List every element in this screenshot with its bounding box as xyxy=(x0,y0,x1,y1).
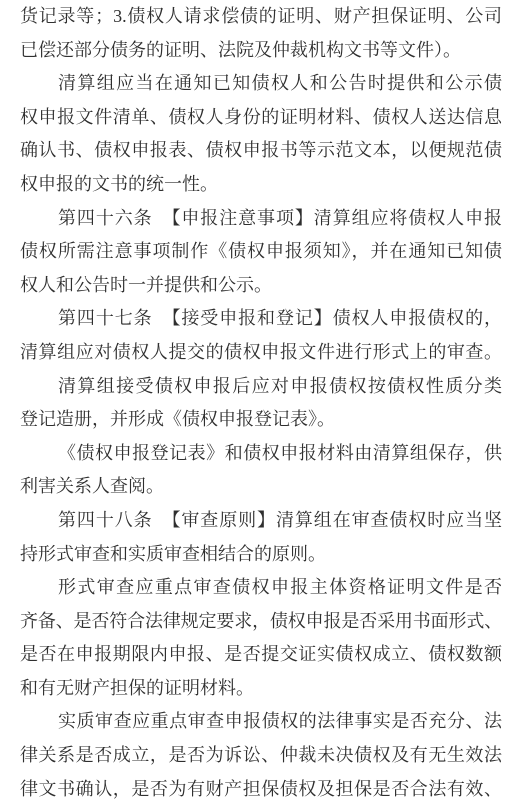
text-line: 和有无财产担保的证明材料。 xyxy=(20,672,502,706)
text-line: 第四十六条 【申报注意事项】清算组应将债权人申报 xyxy=(20,202,502,236)
text-line: 已偿还部分债务的证明、法院及仲裁机构文书等文件）。 xyxy=(20,34,502,68)
text-line: 货记录等；3.债权人请求偿债的证明、财产担保证明、公司 xyxy=(20,0,502,34)
text-line: 利害关系人查阅。 xyxy=(20,470,502,504)
document-body: 货记录等；3.债权人请求偿债的证明、财产担保证明、公司 已偿还部分债务的证明、法… xyxy=(20,0,502,806)
text-line: 齐备、是否符合法律规定要求，债权申报是否采用书面形式、 xyxy=(20,605,502,639)
text-line: 清算组接受债权申报后应对申报债权按债权性质分类 xyxy=(20,370,502,404)
text-line: 清算组应对债权人提交的债权申报文件进行形式上的审查。 xyxy=(20,336,502,370)
text-line: 清算组应当在通知已知债权人和公告时提供和公示债 xyxy=(20,67,502,101)
text-line: 权申报文件清单、债权人身份的证明材料、债权人送达信息 xyxy=(20,101,502,135)
text-line: 持形式审查和实质审查相结合的原则。 xyxy=(20,538,502,572)
text-line: 权人和公告时一并提供和公示。 xyxy=(20,269,502,303)
text-line: 权申报的文书的统一性。 xyxy=(20,168,502,202)
text-line: 律文书确认，是否为有财产担保债权及担保是否合法有效、 xyxy=(20,773,502,807)
text-line: 第四十七条 【接受申报和登记】债权人申报债权的， xyxy=(20,302,502,336)
text-line: 确认书、债权申报表、债权申报书等示范文本，以便规范债 xyxy=(20,134,502,168)
document-page: 货记录等；3.债权人请求偿债的证明、财产担保证明、公司 已偿还部分债务的证明、法… xyxy=(0,0,522,807)
text-line: 第四十八条 【审查原则】清算组在审查债权时应当坚 xyxy=(20,504,502,538)
text-line: 是否在申报期限内申报、是否提交证实债权成立、债权数额 xyxy=(20,638,502,672)
text-line: 实质审查应重点审查申报债权的法律事实是否充分、法 xyxy=(20,705,502,739)
text-line: 登记造册，并形成《债权申报登记表》。 xyxy=(20,403,502,437)
text-line: 债权所需注意事项制作《债权申报须知》，并在通知已知债 xyxy=(20,235,502,269)
text-line: 律关系是否成立，是否为诉讼、仲裁未决债权及有无生效法 xyxy=(20,739,502,773)
text-line: 形式审查应重点审查债权申报主体资格证明文件是否 xyxy=(20,571,502,605)
text-line: 《债权申报登记表》和债权申报材料由清算组保存，供 xyxy=(20,437,502,471)
